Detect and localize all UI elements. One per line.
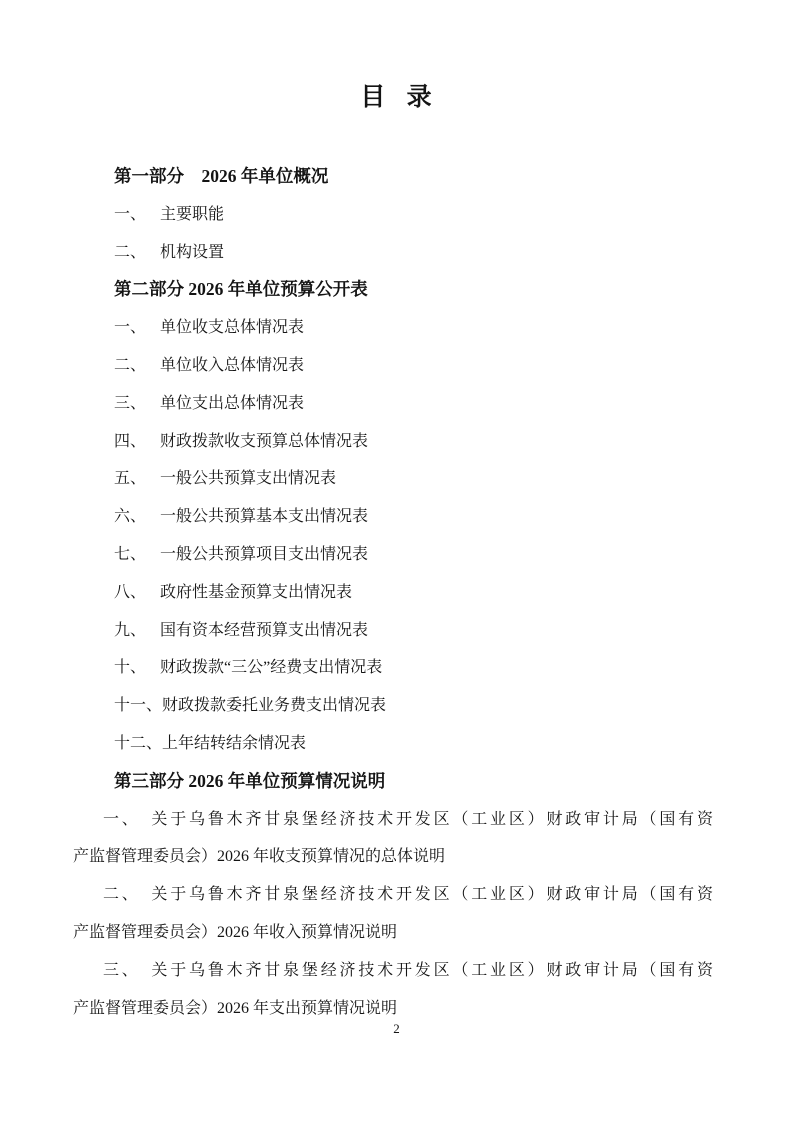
toc-item: 一、主要职能	[73, 196, 713, 234]
toc-item: 二、单位收入总体情况表	[73, 347, 713, 385]
toc-item-number: 七、	[114, 536, 160, 574]
toc-item-number: 二、	[114, 347, 160, 385]
toc-item: 十、财政拨款“三公”经费支出情况表	[73, 649, 713, 687]
toc-item-text: 单位收支总体情况表	[160, 319, 304, 336]
toc-item-number: 一、	[114, 196, 160, 234]
document-page: 目 录 第一部分 2026 年单位概况 一、主要职能 二、机构设置 第二部分 2…	[0, 0, 793, 1122]
toc-item-text: 单位支出总体情况表	[160, 395, 304, 412]
toc-item-number: 九、	[114, 612, 160, 650]
toc-item-number: 十一、	[114, 687, 162, 725]
section-heading-part3: 第三部分 2026 年单位预算情况说明	[73, 763, 713, 801]
toc-item-text: 财政拨款“三公”经费支出情况表	[160, 659, 382, 676]
toc-paragraph-line: 三、 关于乌鲁木齐甘泉堡经济技术开发区（工业区）财政审计局（国有资	[73, 952, 713, 990]
toc-item: 六、一般公共预算基本支出情况表	[73, 498, 713, 536]
section-heading-part2: 第二部分 2026 年单位预算公开表	[73, 271, 713, 309]
toc-item-number: 二、	[114, 234, 160, 272]
toc-item: 一、单位收支总体情况表	[73, 309, 713, 347]
section-heading-part1: 第一部分 2026 年单位概况	[73, 158, 713, 196]
toc-item: 八、政府性基金预算支出情况表	[73, 574, 713, 612]
toc-item: 十一、财政拨款委托业务费支出情况表	[73, 687, 713, 725]
toc-item: 二、机构设置	[73, 234, 713, 272]
toc-paragraph-line: 产监督管理委员会）2026 年收入预算情况说明	[73, 914, 713, 952]
document-title: 目 录	[0, 77, 793, 113]
toc-item-text: 主要职能	[160, 206, 224, 223]
toc-paragraph-line: 一、 关于乌鲁木齐甘泉堡经济技术开发区（工业区）财政审计局（国有资	[73, 801, 713, 839]
toc-item-text: 机构设置	[160, 244, 224, 261]
toc-paragraph-line: 二、 关于乌鲁木齐甘泉堡经济技术开发区（工业区）财政审计局（国有资	[73, 876, 713, 914]
toc-item-number: 十、	[114, 649, 160, 687]
toc-item: 三、单位支出总体情况表	[73, 385, 713, 423]
page-number: 2	[0, 1021, 793, 1037]
toc-item: 四、财政拨款收支预算总体情况表	[73, 423, 713, 461]
toc-item-text: 一般公共预算项目支出情况表	[160, 546, 368, 563]
toc-item-number: 一、	[114, 309, 160, 347]
toc-item-number: 四、	[114, 423, 160, 461]
toc-item-number: 十二、	[114, 725, 162, 763]
toc-item-number: 五、	[114, 460, 160, 498]
toc-item-number: 三、	[114, 385, 160, 423]
toc-item-text: 单位收入总体情况表	[160, 357, 304, 374]
toc-item: 七、一般公共预算项目支出情况表	[73, 536, 713, 574]
toc-item-text: 国有资本经营预算支出情况表	[160, 622, 368, 639]
toc-item-text: 上年结转结余情况表	[162, 735, 306, 752]
toc-item: 十二、上年结转结余情况表	[73, 725, 713, 763]
toc-item-number: 八、	[114, 574, 160, 612]
toc-paragraph-line: 产监督管理委员会）2026 年收支预算情况的总体说明	[73, 838, 713, 876]
toc-item-text: 一般公共预算支出情况表	[160, 470, 336, 487]
toc-item-number: 六、	[114, 498, 160, 536]
toc-item-text: 一般公共预算基本支出情况表	[160, 508, 368, 525]
toc-item: 五、一般公共预算支出情况表	[73, 460, 713, 498]
toc-item-text: 政府性基金预算支出情况表	[160, 584, 352, 601]
toc-item: 九、国有资本经营预算支出情况表	[73, 612, 713, 650]
toc-item-text: 财政拨款委托业务费支出情况表	[162, 697, 386, 714]
toc-content: 第一部分 2026 年单位概况 一、主要职能 二、机构设置 第二部分 2026 …	[73, 158, 713, 1027]
toc-item-text: 财政拨款收支预算总体情况表	[160, 433, 368, 450]
